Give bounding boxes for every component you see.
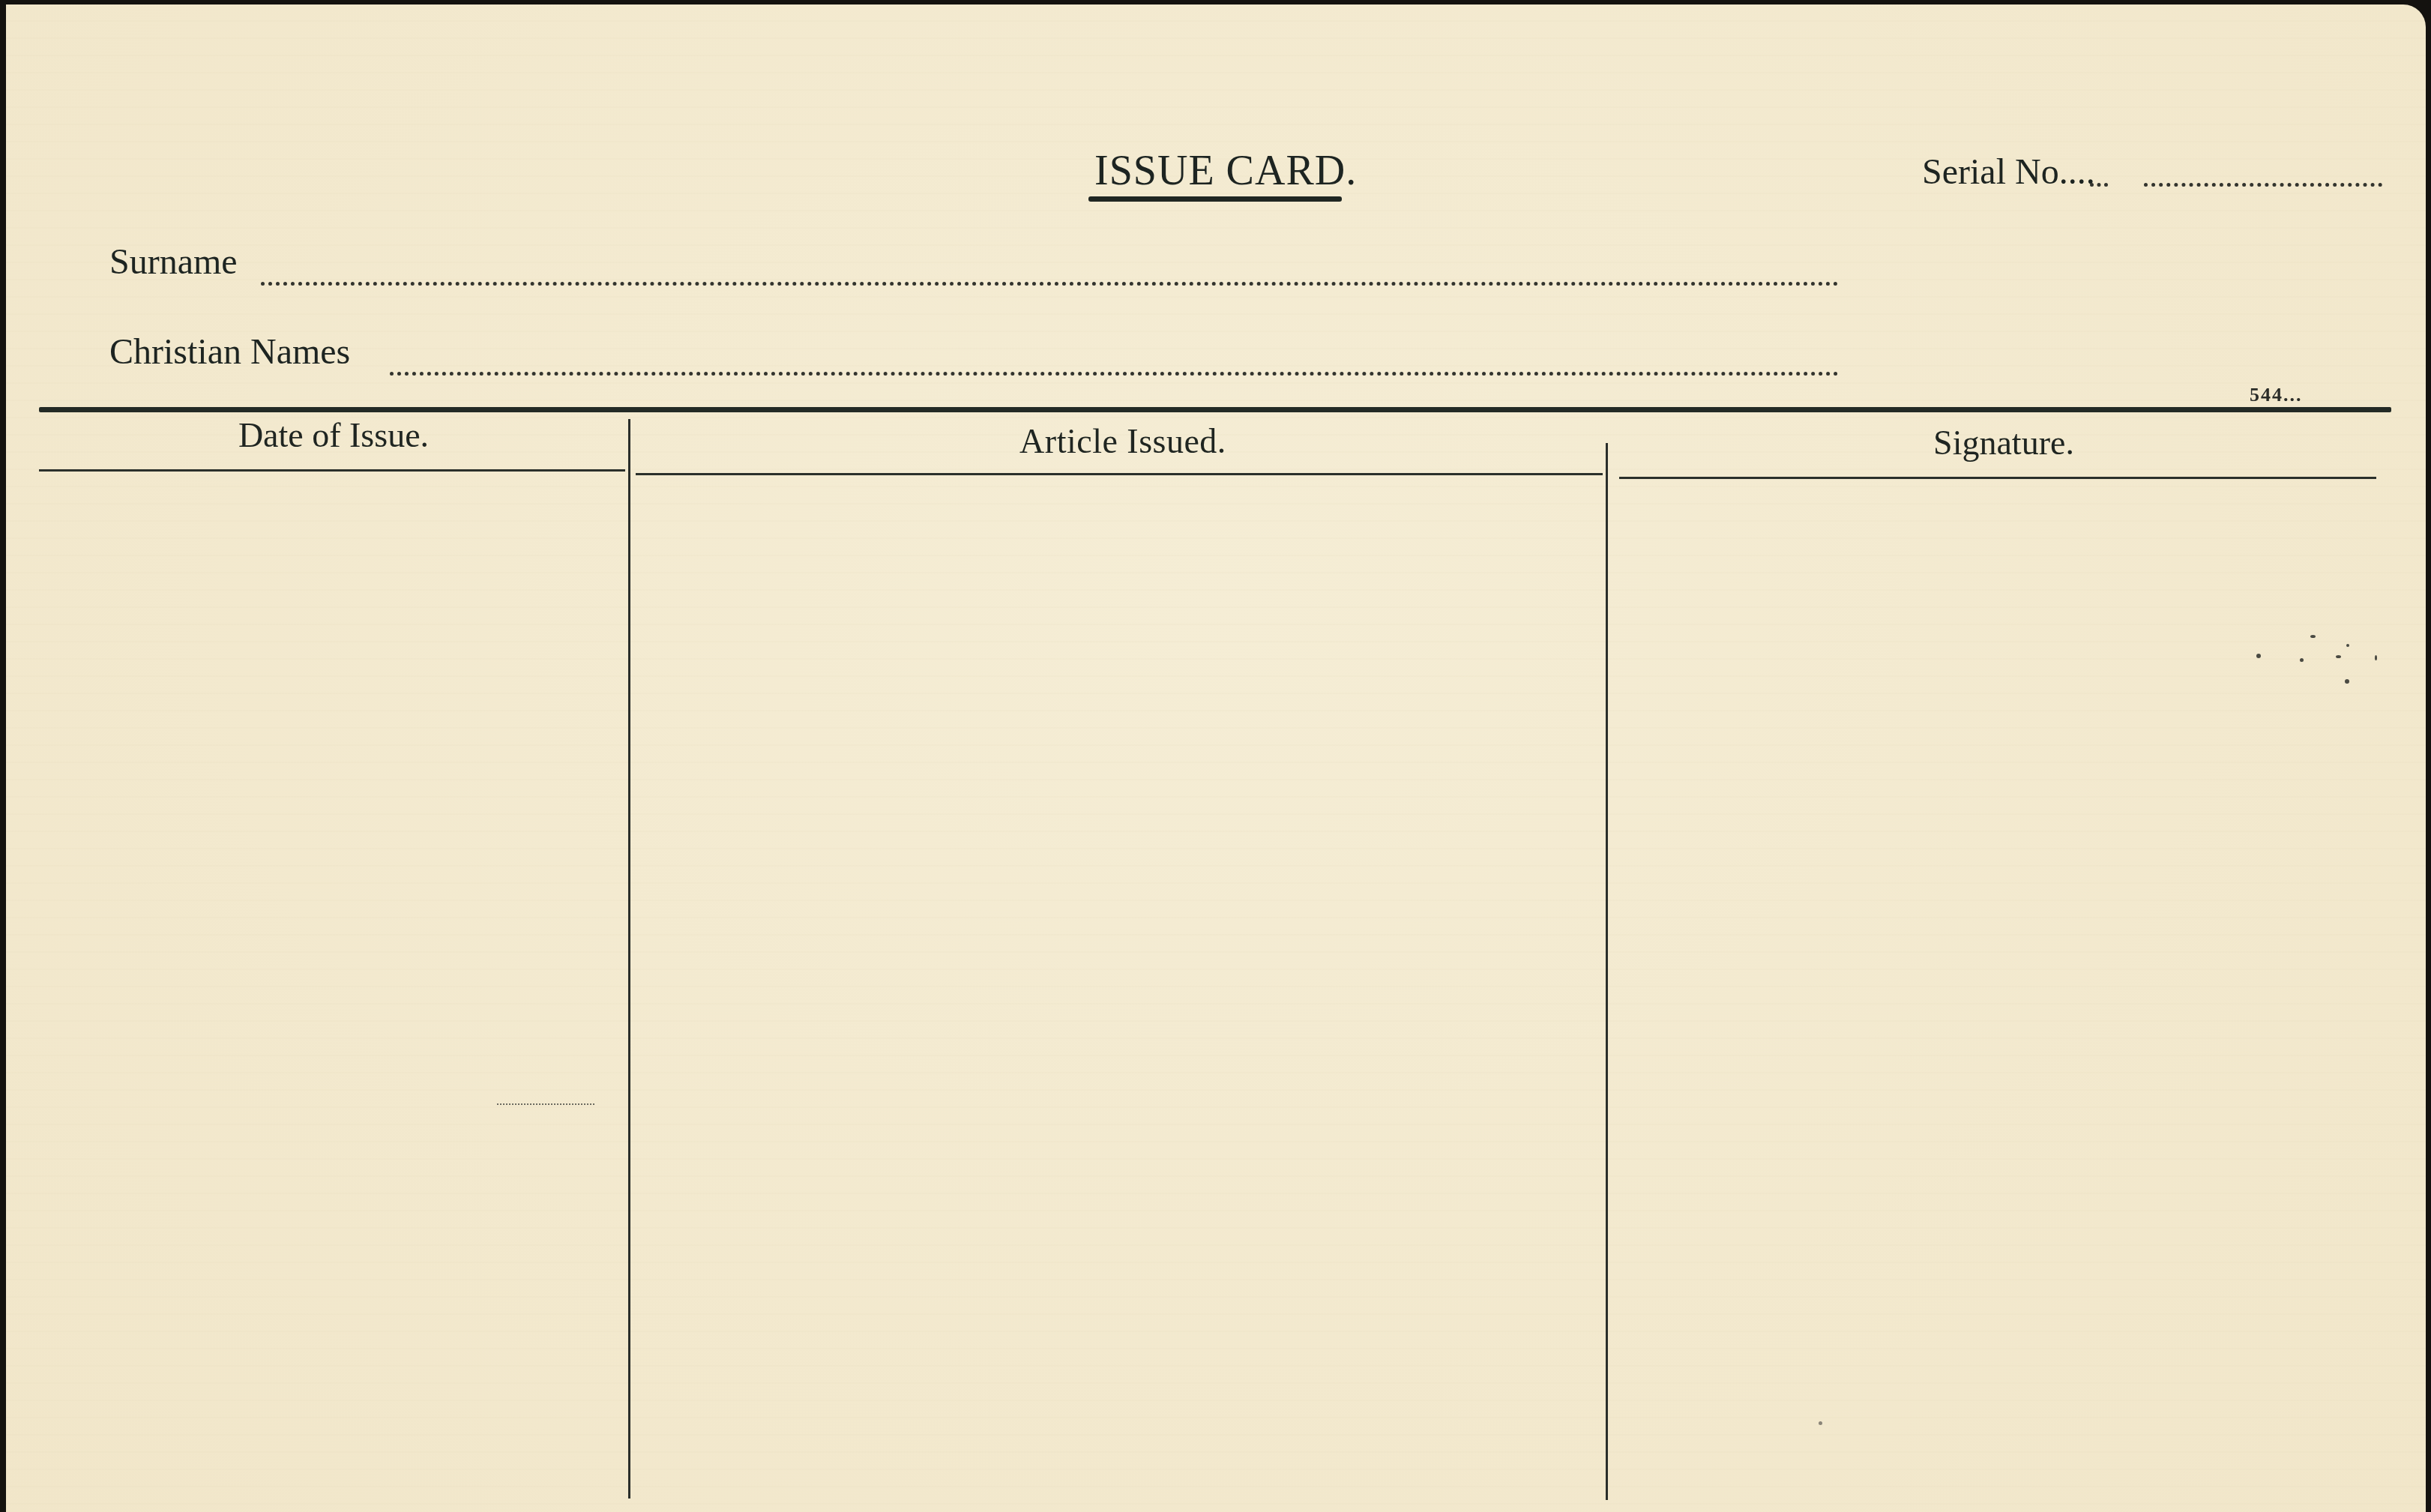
article-issued-column-area[interactable] (633, 484, 1604, 1504)
ink-speck (2310, 635, 2316, 638)
ink-speck (2256, 654, 2261, 658)
signature-column-area[interactable] (1610, 484, 2390, 1504)
card-title: ISSUE CARD. (1094, 147, 1357, 195)
serial-number-field-leader (2090, 183, 2108, 187)
ink-speck (2336, 655, 2341, 658)
column-header-signature: Signature. (1614, 423, 2394, 463)
ink-speck (2346, 644, 2349, 647)
christian-names-label: Christian Names (109, 331, 350, 373)
christian-names-field[interactable] (390, 372, 1839, 376)
ink-speck (2300, 658, 2304, 662)
surname-label: Surname (109, 241, 238, 283)
column-rule-date (39, 469, 625, 472)
column-divider-2 (1606, 443, 1608, 1500)
serial-number-label: Serial No.... (1922, 151, 2095, 193)
form-number: 544... (2250, 384, 2303, 406)
stray-mark (497, 1103, 594, 1105)
surname-field[interactable] (261, 282, 1839, 286)
column-header-article-issued: Article Issued. (636, 421, 1610, 461)
ink-speck (2345, 679, 2349, 684)
title-underline (1088, 196, 1342, 202)
serial-number-field[interactable] (2144, 183, 2382, 187)
header-divider (39, 407, 2391, 412)
column-rule-article (636, 473, 1603, 475)
column-rule-signature (1619, 477, 2376, 479)
date-of-issue-column-area[interactable] (43, 484, 627, 1504)
column-divider-1 (628, 419, 630, 1499)
ink-speck (1819, 1421, 1822, 1425)
ink-speck (2375, 655, 2377, 660)
issue-card: ISSUE CARD. Serial No.... Surname Christ… (6, 4, 2426, 1512)
column-header-date-of-issue: Date of Issue. (45, 415, 622, 455)
